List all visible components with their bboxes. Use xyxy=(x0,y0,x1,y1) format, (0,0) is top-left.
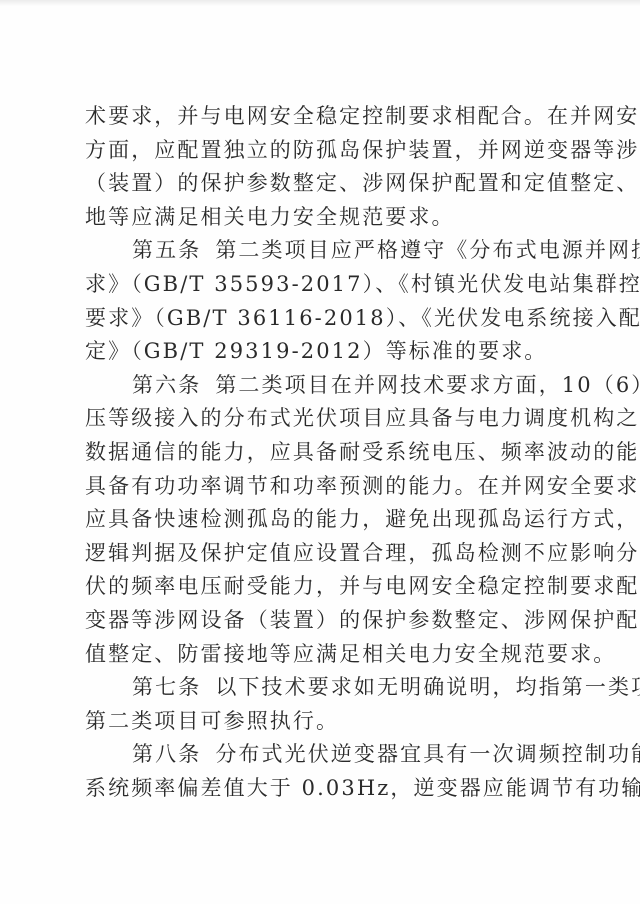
text-line: 具备有功功率调节和功率预测的能力。在并网安全要求方面， xyxy=(85,470,555,504)
article-number: 第八条 xyxy=(132,742,201,766)
text-line: 方面，应配置独立的防孤岛保护装置，并网逆变器等涉网设备 xyxy=(85,134,555,168)
text-line: 地等应满足相关电力安全规范要求。 xyxy=(85,201,555,235)
text-line: 值整定、防雷接地等应满足相关电力安全规范要求。 xyxy=(85,638,555,672)
text-span: 以下技术要求如无明确说明，均指第一类项目。 xyxy=(215,675,640,699)
text-line: 逻辑判据及保护定值应设置合理，孤岛检测不应影响分布式光 xyxy=(85,537,555,571)
text-line: 定》（GB/T 29319-2012）等标准的要求。 xyxy=(85,335,555,369)
paragraph-article-8: 第八条分布式光伏逆变器宜具有一次调频控制功能，当 系统频率偏差值大于 0.03H… xyxy=(85,738,555,805)
paragraph-article-7: 第七条以下技术要求如无明确说明，均指第一类项目。 第二类项目可参照执行。 xyxy=(85,671,555,738)
text-line: 变器等涉网设备（装置）的保护参数整定、涉网保护配置和定 xyxy=(85,604,555,638)
text-line: 第七条以下技术要求如无明确说明，均指第一类项目。 xyxy=(85,671,555,705)
paragraph-continuation: 术要求，并与电网安全稳定控制要求相配合。在并网安全要求 方面，应配置独立的防孤岛… xyxy=(85,100,555,234)
paragraph-article-5: 第五条第二类项目应严格遵守《分布式电源并网技术要 求》（GB/T 35593-2… xyxy=(85,234,555,368)
text-line: 要求》（GB/T 36116-2018）、《光伏发电系统接入配电网技术规 xyxy=(85,302,555,336)
text-line: 应具备快速检测孤岛的能力，避免出现孤岛运行方式，防孤岛 xyxy=(85,503,555,537)
document-body: 术要求，并与电网安全稳定控制要求相配合。在并网安全要求 方面，应配置独立的防孤岛… xyxy=(85,100,555,805)
text-line: 第八条分布式光伏逆变器宜具有一次调频控制功能，当 xyxy=(85,738,555,772)
text-line: 求》（GB/T 35593-2017）、《村镇光伏发电站集群控制系统功能 xyxy=(85,268,555,302)
text-line: 伏的频率电压耐受能力，并与电网安全稳定控制要求配合。逆 xyxy=(85,570,555,604)
text-line: 数据通信的能力，应具备耐受系统电压、频率波动的能力，宜 xyxy=(85,436,555,470)
text-line: 第二类项目可参照执行。 xyxy=(85,705,555,739)
article-number: 第五条 xyxy=(132,238,201,262)
text-line: 第五条第二类项目应严格遵守《分布式电源并网技术要 xyxy=(85,234,555,268)
article-number: 第六条 xyxy=(132,373,201,397)
text-line: 系统频率偏差值大于 0.03Hz，逆变器应能调节有功输出，具体 xyxy=(85,772,555,806)
article-number: 第七条 xyxy=(132,675,201,699)
text-span: 第二类项目在并网技术要求方面，10（6）千伏电 xyxy=(215,373,640,397)
text-line: （装置）的保护参数整定、涉网保护配置和定值整定、防雷接 xyxy=(85,167,555,201)
text-line: 术要求，并与电网安全稳定控制要求相配合。在并网安全要求 xyxy=(85,100,555,134)
scan-top-edge xyxy=(0,0,640,6)
document-page: 术要求，并与电网安全稳定控制要求相配合。在并网安全要求 方面，应配置独立的防孤岛… xyxy=(0,0,640,904)
paragraph-article-6: 第六条第二类项目在并网技术要求方面，10（6）千伏电 压等级接入的分布式光伏项目… xyxy=(85,369,555,671)
text-span: 第二类项目应严格遵守《分布式电源并网技术要 xyxy=(215,238,640,262)
text-line: 第六条第二类项目在并网技术要求方面，10（6）千伏电 xyxy=(85,369,555,403)
text-line: 压等级接入的分布式光伏项目应具备与电力调度机构之间进行 xyxy=(85,402,555,436)
text-span: 分布式光伏逆变器宜具有一次调频控制功能，当 xyxy=(215,742,640,766)
